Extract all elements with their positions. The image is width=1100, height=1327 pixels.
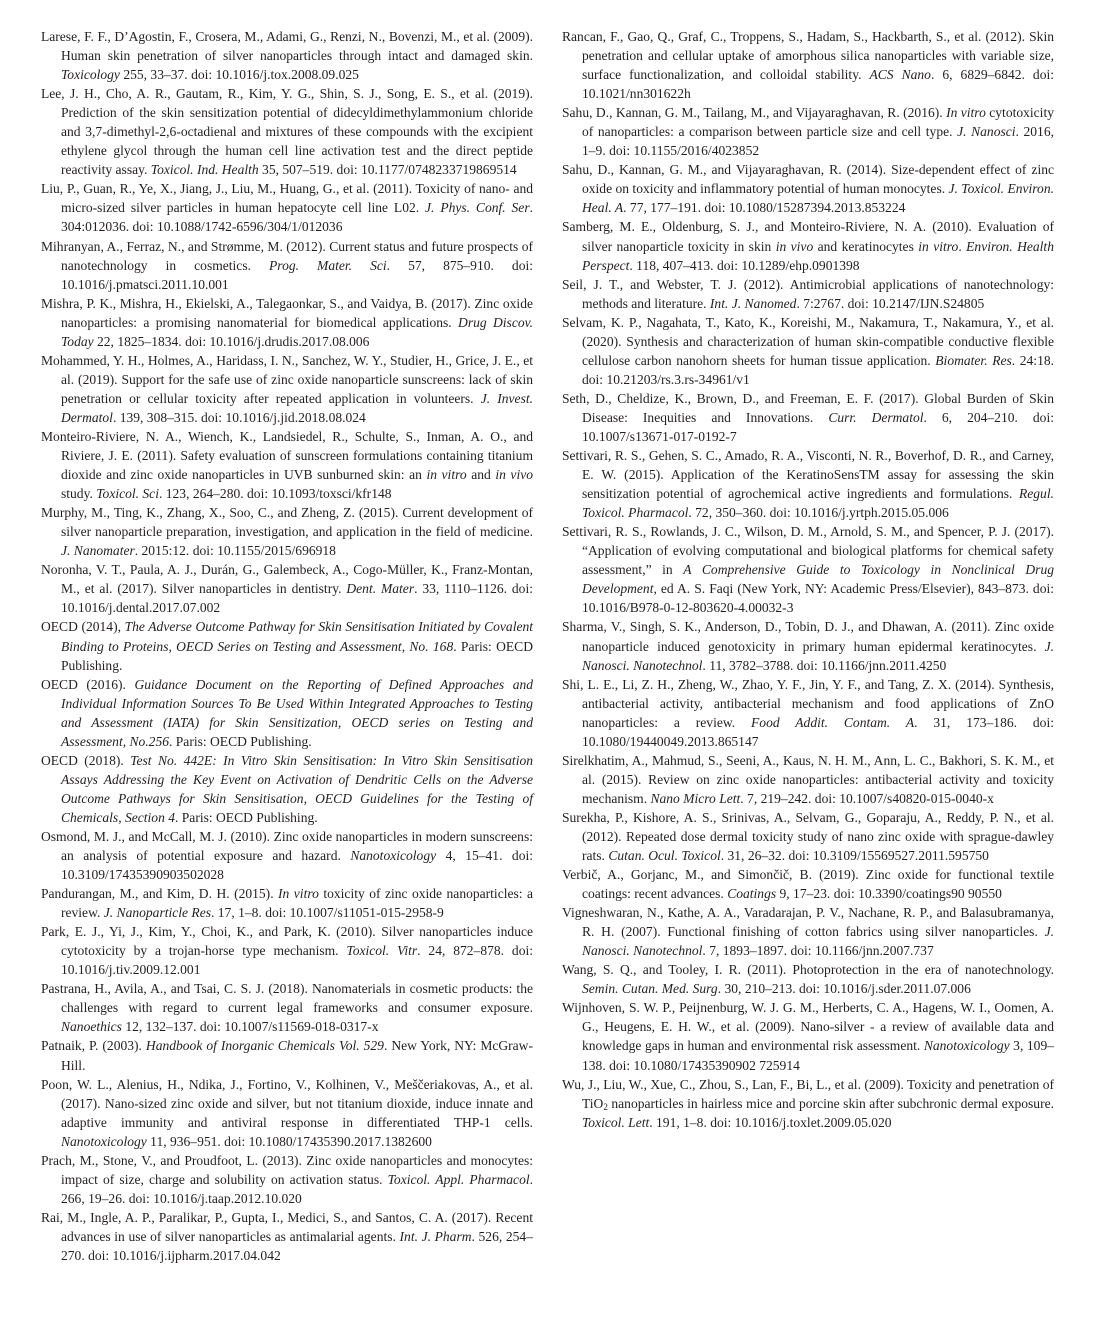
reference-text: . 139, 308–315. doi: 10.1016/j.jid.2018.… <box>113 410 366 425</box>
reference-italic-text: in vivo <box>495 467 533 482</box>
reference-entry: Shi, L. E., Li, Z. H., Zheng, W., Zhao, … <box>562 675 1054 751</box>
reference-italic-text: Prog. Mater. Sci <box>269 258 387 273</box>
reference-text: Poon, W. L., Alenius, H., Ndika, J., For… <box>41 1077 533 1130</box>
reference-entry: Selvam, K. P., Nagahata, T., Kato, K., K… <box>562 313 1054 389</box>
reference-italic-text: Toxicol. Vitr <box>346 943 417 958</box>
reference-italic-text: In vitro <box>946 105 986 120</box>
reference-text: . 31, 26–32. doi: 10.3109/15569527.2011.… <box>721 848 989 863</box>
reference-text: Sahu, D., Kannan, G. M., Tailang, M., an… <box>562 105 946 120</box>
reference-text: Vigneshwaran, N., Kathe, A. A., Varadara… <box>562 905 1054 939</box>
reference-italic-text: Handbook of Inorganic Chemicals Vol. 529 <box>146 1038 384 1053</box>
reference-entry: Vigneshwaran, N., Kathe, A. A., Varadara… <box>562 903 1054 960</box>
references-column-left: Larese, F. F., D’Agostin, F., Crosera, M… <box>41 27 533 1265</box>
reference-text: Larese, F. F., D’Agostin, F., Crosera, M… <box>41 29 533 63</box>
reference-italic-text: Int. J. Nanomed <box>710 296 797 311</box>
reference-text: . 123, 264–280. doi: 10.1093/toxsci/kfr1… <box>159 486 392 501</box>
reference-text: Patnaik, P. (2003). <box>41 1038 146 1053</box>
reference-entry: Sharma, V., Singh, S. K., Anderson, D., … <box>562 617 1054 674</box>
reference-text: . 77, 177–191. doi: 10.1080/15287394.201… <box>623 200 905 215</box>
reference-text: study. <box>61 486 96 501</box>
reference-italic-text: Toxicol. Appl. Pharmacol <box>388 1172 530 1187</box>
reference-text: . 191, 1–8. doi: 10.1016/j.toxlet.2009.0… <box>649 1115 891 1130</box>
references-column-right: Rancan, F., Gao, Q., Graf, C., Troppens,… <box>562 27 1054 1132</box>
reference-italic-text: Nanoethics <box>61 1019 122 1034</box>
reference-entry: Settivari, R. S., Gehen, S. C., Amado, R… <box>562 446 1054 522</box>
reference-italic-text: J. Phys. Conf. Ser <box>425 200 530 215</box>
reference-italic-text: J. Nanomater <box>61 543 135 558</box>
reference-entry: Mohammed, Y. H., Holmes, A., Haridass, I… <box>41 351 533 427</box>
reference-entry: Wijnhoven, S. W. P., Peijnenburg, W. J. … <box>562 998 1054 1074</box>
reference-text: and <box>467 467 496 482</box>
reference-text: . 17, 1–8. doi: 10.1007/s11051-015-2958-… <box>211 905 444 920</box>
reference-text: OECD (2016). <box>41 677 134 692</box>
reference-entry: Lee, J. H., Cho, A. R., Gautam, R., Kim,… <box>41 84 533 179</box>
reference-text: 255, 33–37. doi: 10.1016/j.tox.2008.09.0… <box>120 67 359 82</box>
reference-italic-text: Nanotoxicology <box>61 1134 147 1149</box>
reference-text: Mohammed, Y. H., Holmes, A., Haridass, I… <box>41 353 533 406</box>
reference-text: , ed A. S. Faqi (New York, NY: Academic … <box>582 581 1054 615</box>
reference-italic-text: ACS Nano <box>870 67 931 82</box>
reference-italic-text: Cutan. Ocul. Toxicol <box>608 848 720 863</box>
reference-italic-text: Int. J. Pharm <box>400 1229 472 1244</box>
reference-text: . 30, 210–213. doi: 10.1016/j.sder.2011.… <box>718 981 971 996</box>
reference-entry: Sirelkhatim, A., Mahmud, S., Seeni, A., … <box>562 751 1054 808</box>
reference-text: . Paris: OECD Publishing. <box>175 810 318 825</box>
reference-entry: Poon, W. L., Alenius, H., Ndika, J., For… <box>41 1075 533 1151</box>
reference-text: . 7, 219–242. doi: 10.1007/s40820-015-00… <box>740 791 994 806</box>
reference-entry: Wang, S. Q., and Tooley, I. R. (2011). P… <box>562 960 1054 998</box>
reference-italic-text: Coatings <box>727 886 776 901</box>
reference-italic-text: Semin. Cutan. Med. Surg <box>582 981 718 996</box>
reference-entry: Pastrana, H., Avila, A., and Tsai, C. S.… <box>41 979 533 1036</box>
reference-italic-text: Nanotoxicology <box>924 1038 1010 1053</box>
reference-entry: Mishra, P. K., Mishra, H., Ekielski, A.,… <box>41 294 533 351</box>
reference-entry: Rai, M., Ingle, A. P., Paralikar, P., Gu… <box>41 1208 533 1265</box>
reference-entry: Osmond, M. J., and McCall, M. J. (2010).… <box>41 827 533 884</box>
reference-entry: Seil, J. T., and Webster, T. J. (2012). … <box>562 275 1054 313</box>
reference-italic-text: J. Nanoparticle Res <box>104 905 211 920</box>
reference-text: Pandurangan, M., and Kim, D. H. (2015). <box>41 886 278 901</box>
reference-entry: Murphy, M., Ting, K., Zhang, X., Soo, C.… <box>41 503 533 560</box>
reference-entry: Larese, F. F., D’Agostin, F., Crosera, M… <box>41 27 533 84</box>
reference-text: OECD (2018). <box>41 753 130 768</box>
reference-italic-text: Curr. Dermatol <box>828 410 923 425</box>
reference-text: . <box>958 239 966 254</box>
reference-entry: Settivari, R. S., Rowlands, J. C., Wilso… <box>562 522 1054 617</box>
reference-entry: Sahu, D., Kannan, G. M., and Vijayaragha… <box>562 160 1054 217</box>
reference-entry: Sahu, D., Kannan, G. M., Tailang, M., an… <box>562 103 1054 160</box>
reference-text: . 118, 407–413. doi: 10.1289/ehp.0901398 <box>629 258 859 273</box>
reference-entry: Monteiro-Riviere, N. A., Wiench, K., Lan… <box>41 427 533 503</box>
reference-entry: Surekha, P., Kishore, A. S., Srinivas, A… <box>562 808 1054 865</box>
reference-text: Settivari, R. S., Gehen, S. C., Amado, R… <box>562 448 1054 501</box>
reference-text: OECD (2014), <box>41 619 125 634</box>
reference-entry: Rancan, F., Gao, Q., Graf, C., Troppens,… <box>562 27 1054 103</box>
reference-text: Wang, S. Q., and Tooley, I. R. (2011). P… <box>562 962 1054 977</box>
reference-text: and keratinocytes <box>813 239 918 254</box>
reference-text: . 11, 3782–3788. doi: 10.1166/jnn.2011.4… <box>702 658 946 673</box>
reference-italic-text: Food Addit. Contam. A <box>751 715 914 730</box>
reference-italic-text: Nano Micro Lett <box>650 791 740 806</box>
reference-italic-text: Toxicol. Lett <box>582 1115 649 1130</box>
reference-text: 22, 1825–1834. doi: 10.1016/j.drudis.201… <box>94 334 370 349</box>
reference-italic-text: Toxicology <box>61 67 120 82</box>
reference-text: . 7:2767. doi: 10.2147/IJN.S24805 <box>796 296 984 311</box>
reference-italic-text: J. Nanosci <box>957 124 1015 139</box>
reference-italic-text: Toxicol. Sci <box>96 486 159 501</box>
reference-italic-text: in vitro <box>918 239 958 254</box>
reference-entry: Seth, D., Cheldize, K., Brown, D., and F… <box>562 389 1054 446</box>
reference-entry: Samberg, M. E., Oldenburg, S. J., and Mo… <box>562 217 1054 274</box>
reference-entry: Noronha, V. T., Paula, A. J., Durán, G.,… <box>41 560 533 617</box>
reference-italic-text: Nanotoxicology <box>350 848 436 863</box>
reference-text: 11, 936–951. doi: 10.1080/17435390.2017.… <box>147 1134 432 1149</box>
reference-text: . 72, 350–360. doi: 10.1016/j.yrtph.2015… <box>688 505 948 520</box>
reference-italic-text: in vivo <box>776 239 814 254</box>
reference-text: Murphy, M., Ting, K., Zhang, X., Soo, C.… <box>41 505 533 539</box>
reference-entry: Mihranyan, A., Ferraz, N., and Strømme, … <box>41 237 533 294</box>
reference-italic-text: Dent. Mater <box>346 581 414 596</box>
reference-text: . 2015:12. doi: 10.1155/2015/696918 <box>135 543 336 558</box>
reference-italic-text: Toxicol. Ind. Health <box>151 162 259 177</box>
reference-entry: Liu, P., Guan, R., Ye, X., Jiang, J., Li… <box>41 179 533 236</box>
reference-entry: OECD (2016). Guidance Document on the Re… <box>41 675 533 751</box>
reference-text: Sharma, V., Singh, S. K., Anderson, D., … <box>562 619 1054 653</box>
reference-text: 12, 132–137. doi: 10.1007/s11569-018-031… <box>122 1019 379 1034</box>
reference-entry: Park, E. J., Yi, J., Kim, Y., Choi, K., … <box>41 922 533 979</box>
reference-text: . Paris: OECD Publishing. <box>169 734 312 749</box>
reference-text: 35, 507–519. doi: 10.1177/07482337198695… <box>259 162 517 177</box>
reference-text: Pastrana, H., Avila, A., and Tsai, C. S.… <box>41 981 533 1015</box>
reference-entry: OECD (2014), The Adverse Outcome Pathway… <box>41 617 533 674</box>
reference-entry: Wu, J., Liu, W., Xue, C., Zhou, S., Lan,… <box>562 1075 1054 1132</box>
reference-italic-text: In vitro <box>278 886 319 901</box>
reference-text: 9, 17–23. doi: 10.3390/coatings90 90550 <box>776 886 1002 901</box>
reference-entry: Verbič, A., Gorjanc, M., and Simončič, B… <box>562 865 1054 903</box>
reference-entry: Patnaik, P. (2003). Handbook of Inorgani… <box>41 1036 533 1074</box>
reference-text: nanoparticles in hairless mice and porci… <box>608 1096 1054 1111</box>
reference-text: . 7, 1893–1897. doi: 10.1166/jnn.2007.73… <box>702 943 933 958</box>
reference-entry: Pandurangan, M., and Kim, D. H. (2015). … <box>41 884 533 922</box>
reference-entry: Prach, M., Stone, V., and Proudfoot, L. … <box>41 1151 533 1208</box>
reference-entry: OECD (2018). Test No. 442E: In Vitro Ski… <box>41 751 533 827</box>
reference-italic-text: Biomater. Res <box>935 353 1011 368</box>
reference-italic-text: in vitro <box>426 467 466 482</box>
